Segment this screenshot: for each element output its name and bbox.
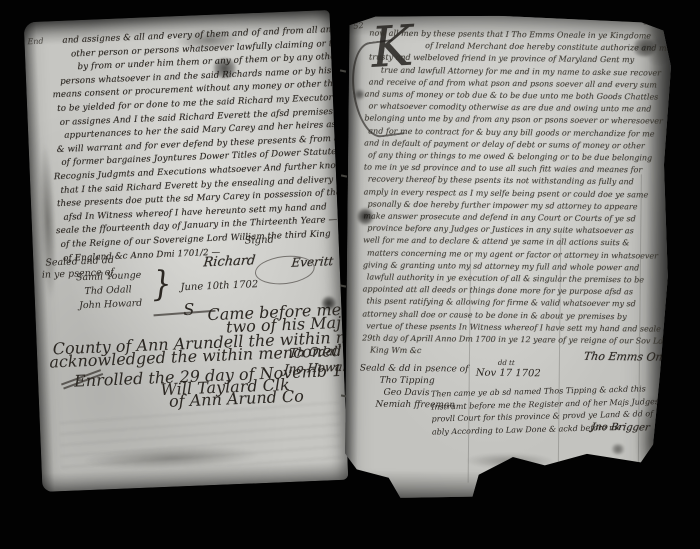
signature-oneale: Tho Emms Oneale — [583, 350, 672, 364]
ink-stain [357, 207, 373, 225]
binding-stitch [341, 174, 347, 177]
date-mark: dd tt [498, 359, 515, 367]
ink-stain [611, 444, 625, 454]
manuscript-scan: End and assignes & all and every of them… [0, 0, 700, 549]
sealed-line: Seald & dd in psence of [360, 363, 469, 374]
bleedthrough-text [59, 402, 341, 473]
edge-stain [635, 394, 670, 484]
witness-name: Thd Odall [84, 284, 132, 297]
witness-brace: } [152, 264, 173, 305]
marginal-note: End [27, 37, 43, 47]
witness-name: John Howard [79, 298, 143, 312]
right-page-body: now all men by these psents that I Tho E… [362, 27, 665, 360]
swash-letter: S [183, 300, 195, 319]
left-page-body: and assignes & all and every of them and… [46, 24, 341, 266]
ink-stain [465, 453, 555, 470]
right-page: 52 328 K now all men by these psents tha… [344, 11, 671, 502]
date-line: Nov 17 1702 [476, 368, 541, 380]
corner-stain [641, 16, 672, 66]
date-line: June 10th 1702 [180, 279, 258, 293]
binding-stitch [340, 69, 346, 72]
signature-richard: Richard [203, 253, 256, 270]
ink-stain [355, 89, 365, 99]
justice-signature: Th Odall [288, 344, 341, 360]
witness-name: Samll Younge [76, 270, 142, 284]
justice-signature: Jno Howard [283, 359, 348, 376]
witness-name: Tho Tipping [380, 376, 435, 387]
signature-everitt: Everitt [291, 254, 334, 270]
left-page: End and assignes & all and every of them… [24, 10, 349, 492]
witness-name: Geo Davis [384, 388, 430, 398]
signed-label: Signd [244, 234, 274, 246]
corner-mark: 52 [353, 21, 364, 31]
binding-stitch [340, 284, 346, 287]
